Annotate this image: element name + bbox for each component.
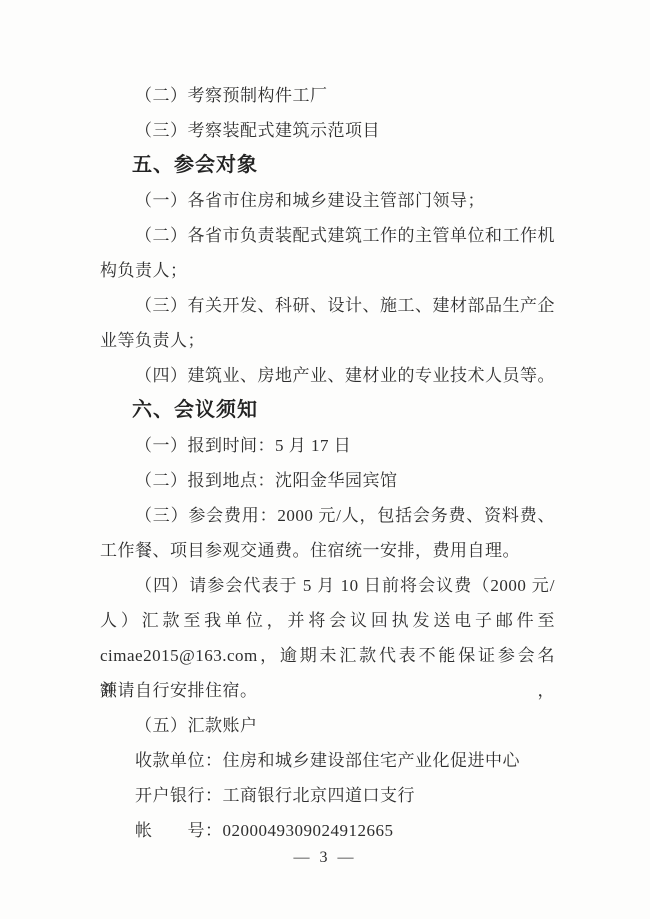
section-heading-5: 五、参会对象 <box>100 148 555 183</box>
page-number: — 3 — <box>0 840 650 875</box>
doc-line: （四）请参会代表于 5 月 10 日前将会议费（2000 元/ <box>100 568 555 603</box>
document-body: （二）考察预制构件工厂 （三）考察装配式建筑示范项目 五、参会对象 （一）各省市… <box>100 78 555 848</box>
doc-line: （五）汇款账户 <box>100 708 555 743</box>
doc-line: （三）考察装配式建筑示范项目 <box>100 113 555 148</box>
doc-line: （一）报到时间：5 月 17 日 <box>100 428 555 463</box>
doc-line: 人）汇款至我单位，并将会议回执发送电子邮件至 <box>100 603 555 638</box>
doc-line: （三）有关开发、科研、设计、施工、建材部品生产企 <box>100 288 555 323</box>
doc-line: 构负责人； <box>100 253 555 288</box>
doc-line: （三）参会费用：2000 元/人，包括会务费、资料费、 <box>100 498 555 533</box>
doc-line: 业等负责人； <box>100 323 555 358</box>
doc-line: （二）报到地点：沈阳金华园宾馆 <box>100 463 555 498</box>
doc-line: 开户银行：工商银行北京四道口支行 <box>100 778 555 813</box>
doc-line: （二）考察预制构件工厂 <box>100 78 555 113</box>
doc-line: 工作餐、项目参观交通费。住宿统一安排，费用自理。 <box>100 533 555 568</box>
doc-line: cimae2015@163.com，逾期未汇款代表不能保证参会名额， <box>100 638 555 673</box>
doc-line: （四）建筑业、房地产业、建材业的专业技术人员等。 <box>100 358 555 393</box>
document-page: （二）考察预制构件工厂 （三）考察装配式建筑示范项目 五、参会对象 （一）各省市… <box>0 0 650 919</box>
doc-line: （二）各省市负责装配式建筑工作的主管单位和工作机 <box>100 218 555 253</box>
doc-line: （一）各省市住房和城乡建设主管部门领导； <box>100 183 555 218</box>
doc-line: 收款单位：住房和城乡建设部住宅产业化促进中心 <box>100 743 555 778</box>
section-heading-6: 六、会议须知 <box>100 393 555 428</box>
